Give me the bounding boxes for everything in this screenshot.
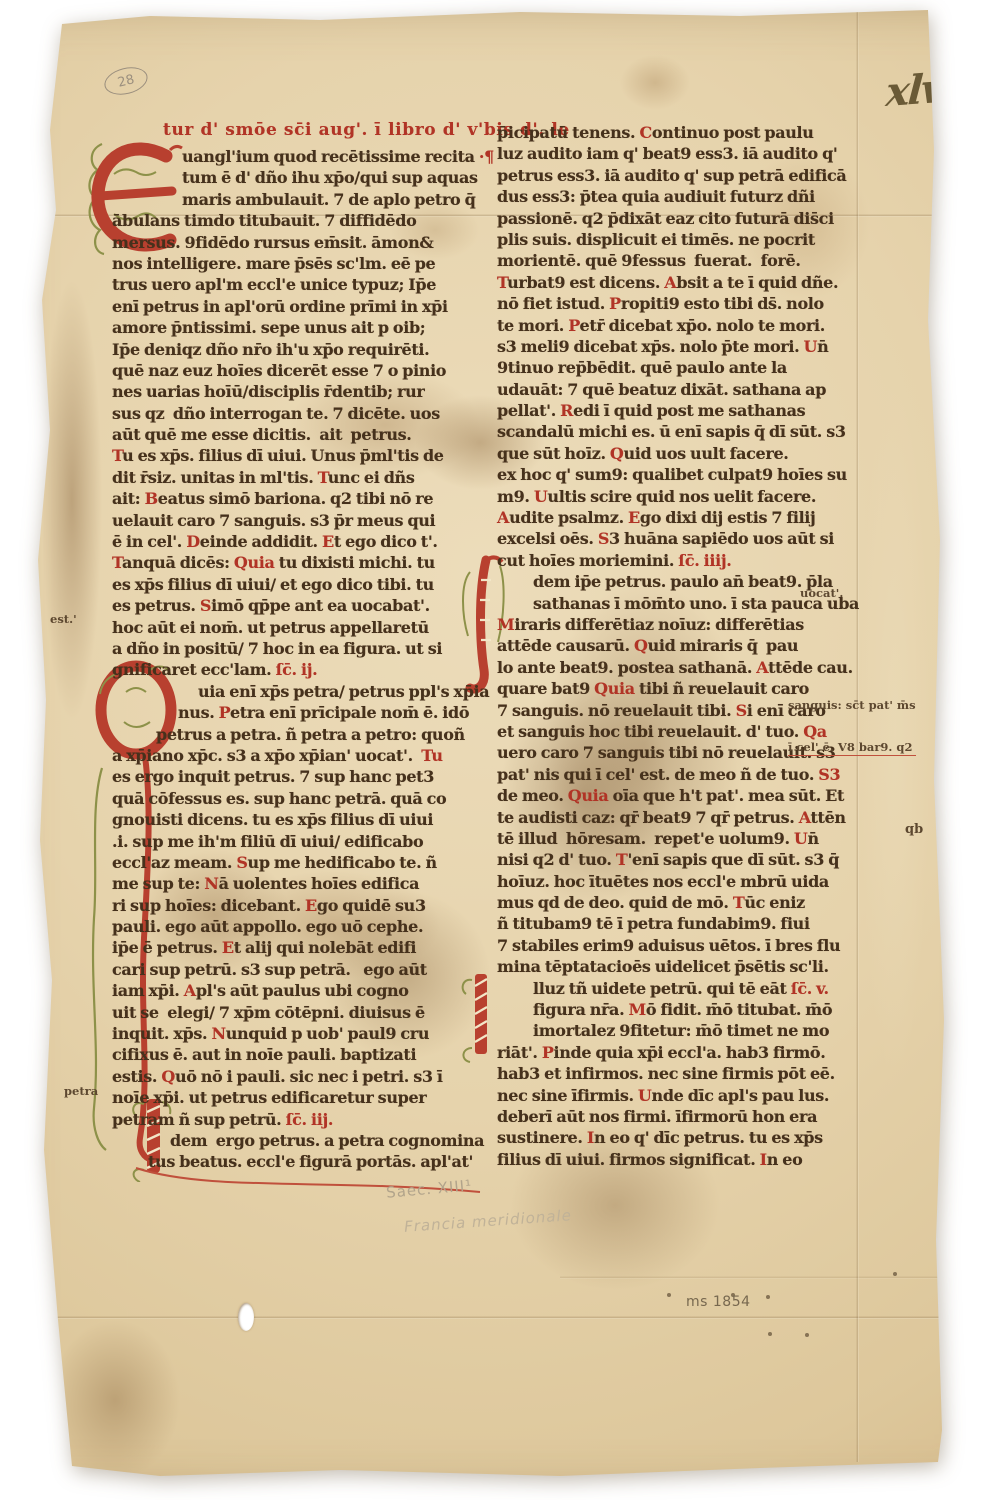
text-line: imortalez 9fitetur: m̄ō timet ne mo [497,1020,893,1041]
text-line: gnouisti dicens. tu es xp̄s filius dī ui… [112,809,488,830]
text-line: ri sup hoīes: dicebant. Ego quidē su3 [112,895,488,916]
text-line: lluz tñ uidete petrū. qui tē eāt ſc̄. v. [497,978,893,999]
text-line: a dño in positū/ 7 hoc in ea figura. ut … [112,638,488,659]
text-line: figura nr̄a. Mō fidit. m̄ō titubat. m̄ō [497,999,893,1020]
text-line: mus qd de deo. quid de mō. Tūc eniz [497,892,893,913]
text-line: Miraris differētiaz noīuz: differētias [497,614,893,635]
text-line: 9tinuo rep̄bēdit. quē paulo ante la [497,357,893,378]
text-line: que sūt hoīz. Quid uos uult facere. [497,443,893,464]
text-line: hab3 et infirmos. nec sine firmis pōt eē… [497,1063,893,1084]
horizontal-crease [560,1276,940,1279]
text-line: te mori. Petr̄ dicebat xp̄o. nolo te mor… [497,315,893,336]
text-line: attēde causarū. Quid miraris q̄ pau [497,635,893,656]
folio-number: xlvij [884,63,969,116]
text-line: nec sine īfirmis. Unde dīc apl's pau lus… [497,1085,893,1106]
text-line: hoīuz. hoc ītuētes nos eccl'e mbrū uida [497,871,893,892]
text-line: quē naz euz hoīes dicerēt esse 7 o pinio [112,360,488,381]
text-line: tē illud hōresam. repet'e uolum9. Un̄ [497,828,893,849]
text-column-left: uangl'ium quod recētissime recita ·¶tum … [112,146,488,1173]
text-line: me sup te: Nā uolentes hoīes edifica [112,873,488,894]
text-line: tus beatus. eccl'e figurā portās. apl'at… [112,1151,488,1172]
text-line: sus qz dño interrogan te. 7 dicēte. uos [112,403,488,424]
text-line: ait: Beatus simō bariona. q2 tibi nō re [112,488,488,509]
text-line: nō fiet istud. Propiti9 esto tibi ds̄. n… [497,293,893,314]
text-line: ābulans timdo titubauit. 7 diffidēdo [112,210,488,231]
text-line: filius dī uiui. firmos significat. In eo [497,1149,893,1170]
text-line: dem ergo petrus. a petra cognomina [112,1130,488,1151]
text-line: .i. sup me ih'm filiū dī uiui/ edificabo [112,831,488,852]
text-line: udauāt: 7 quē beatuz dixāt. sathana ap [497,379,893,400]
text-line: riāt'. Pinde quia xp̄i eccl'a. hab3 firm… [497,1042,893,1063]
text-line: es ergo inquit petrus. 7 sup hanc pet3 [112,766,488,787]
text-line: es xp̄s filius dī uiui/ et ego dico tibi… [112,574,488,595]
text-line: hoc aūt ei nom̄. ut petrus appellaretū [112,617,488,638]
marginal-note-line2: ī cel' ē. V8 bar9. q2 [788,740,916,756]
text-line: estis. Quō nō i pauli. sic nec i petri. … [112,1066,488,1087]
text-line: Audite psalmz. Ego dixi dij estis 7 fili… [497,507,893,528]
marginal-note-sanguis: sanguis: sc̄t pat' m̄s ī cel' ē. V8 bar9… [788,670,916,784]
text-line: 7 stabiles erim9 aduisus uētos. ī bres f… [497,935,893,956]
text-line: passionē. q2 p̄dixāt eaz cito futurā dis… [497,208,893,229]
wormhole [667,1293,671,1297]
marginal-note-petra: petra [64,1084,98,1098]
text-line: p̄icipatū tenens. Continuo post paulu [497,122,893,143]
text-line: ē in cel'. Deinde addidit. Et ego dico t… [112,531,488,552]
text-line: cifixus ē. aut in noīe pauli. baptizati [112,1044,488,1065]
stain [42,280,102,720]
text-line: cari sup petrū. s3 sup petrā. ego aūt [112,959,488,980]
text-line: ex hoc q' sum9: qualibet culpat9 hoīes s… [497,464,893,485]
text-line: petram ñ sup petrū. ſc̄. iij. [112,1109,488,1130]
text-line: eccl'az meam. Sup me hedificabo te. ñ [112,852,488,873]
wormhole [805,1333,809,1337]
parchment-hole [238,1303,254,1331]
text-line: nes uarias hoīū/disciplis r̄dentib; rur [112,381,488,402]
text-line: de meo. Quia oīa que h't pat'. mea sūt. … [497,785,893,806]
text-line: uelauit caro 7 sanguis. s3 p̄r meus qui [112,510,488,531]
text-line: trus uero apl'm eccl'e unice typuz; Ip̄e [112,274,488,295]
pencil-shelfmark: ms 1854 [686,1294,751,1310]
text-line: scandalū michi es. ū enī sapis q̄ dī sūt… [497,421,893,442]
text-line: a xp̄iano xp̄c. s3 a xp̄o xp̄ian' uocat'… [112,745,488,766]
text-line: tum ē d' dño ihu xp̄o/qui sup aquas [112,167,488,188]
pencil-collection-number: 28 [102,63,151,99]
text-line: sustinere. In eo q' dīc petrus. tu es xp… [497,1127,893,1148]
text-line: morientē. quē 9fessus fuerat. forē. [497,250,893,271]
text-line: noīe xp̄i. ut petrus edificaretur super [112,1087,488,1108]
marginal-note-est: est.' [50,612,77,626]
manuscript-leaf: 28 xlvij tur d' smōe sc̄i aug'. ī libro … [0,0,1000,1500]
text-line: petrus a petra. ñ petra a petro: quoñ [112,724,488,745]
stain [50,1320,180,1480]
text-line: excelsi oēs. S3 huāna sapiēdo uos aūt si [497,528,893,549]
stain [620,55,690,110]
text-line: mina tēptatacioēs uidelicet p̄sētis sc'l… [497,956,893,977]
text-line: Tu es xp̄s. filius dī uiui. Unus p̄ml'ti… [112,445,488,466]
marginal-note-qb: qb [905,822,923,837]
text-line: iam xp̄i. Apl's aūt paulus ubi cogno [112,980,488,1001]
wormhole [768,1332,772,1336]
text-line: ñ titubam9 tē ī petra fundabim9. fiui [497,913,893,934]
wormhole [766,1295,770,1299]
text-line: quā cōfessus es. sup hanc petrā. quā co [112,788,488,809]
text-line: deberī aūt nos firmi. īfirmorū hon era [497,1106,893,1127]
text-line: enī petrus in apl'orū ordine prīmi in xp… [112,296,488,317]
text-line: pauli. ego aūt appollo. ego uō cephe. [112,916,488,937]
text-line: Tanquā dicēs: Quia tu dixisti michi. tu [112,552,488,573]
text-line: es petrus. Simō qp̄pe ant ea uocabat'. [112,595,488,616]
marginal-note-line1: sanguis: sc̄t pat' m̄s [788,698,916,712]
text-column-right: p̄icipatū tenens. Continuo post paululuz… [497,122,893,1170]
text-line: aūt quē me esse dicitis. ait petrus. [112,424,488,445]
text-line: petrus ess3. iā audito q' sup petrā edif… [497,165,893,186]
text-line: nus. Petra enī prīcipale nom̄ ē. idō [112,702,488,723]
text-line: uit se elegi/ 7 xp̄m cōtēpni. diuisus ē [112,1002,488,1023]
text-line: Ip̄e deniqz dño nr̄o ih'u xp̄o requirēti… [112,339,488,360]
horizontal-crease [44,1316,940,1319]
text-line: s3 meli9 dicebat xp̄s. nolo p̄te mori. U… [497,336,893,357]
text-line: uangl'ium quod recētissime recita ·¶ [112,146,488,167]
text-line: inquit. xp̄s. Nunquid p uob' paul9 cru [112,1023,488,1044]
text-line: dus ess3: p̄tea quia audiuit futurz dñi [497,186,893,207]
text-line: gnificaret ecc'lam. ſc̄. ij. [112,659,488,680]
wormhole [893,1272,897,1276]
text-line: pellat'. Redi ī quid post me sathanas [497,400,893,421]
text-line: te audisti caz: qr̄ beat9 7 qr̄ petrus. … [497,807,893,828]
text-line: Turbat9 est dicens. Absit a te ī quid dñ… [497,272,893,293]
text-line: m9. Uultis scire quid nos uelit facere. [497,486,893,507]
text-line: luz audito iam q' beat9 ess3. iā audito … [497,143,893,164]
text-line: nos intelligere. mare p̄sēs sc'lm. eē pe [112,253,488,274]
text-line: amore p̄ntissimi. sepe unus ait p oib; [112,317,488,338]
text-line: uia enī xp̄s petra/ petrus ppl's xp̄ia [112,681,488,702]
text-line: dit r̄siz. unitas in ml'tis. Tunc ei dñs [112,467,488,488]
marginal-note-uocat: uocat'. [800,586,843,600]
text-line: nisi q2 d' tuo. T'enī sapis que dī sūt. … [497,849,893,870]
text-line: ip̄e ē petrus. Et alij qui nolebāt edifi [112,937,488,958]
text-line: maris ambulauit. 7 de aplo petro q̄ [112,189,488,210]
photograph-background: 28 xlvij tur d' smōe sc̄i aug'. ī libro … [0,0,1000,1500]
text-line: cut hoīes moriemini. ſc̄. iiij. [497,550,893,571]
text-line: mersus. 9fidēdo rursus em̄sit. āmon& [112,232,488,253]
collection-number-text: 28 [116,72,136,91]
text-line: plis suis. displicuit ei timēs. ne pocri… [497,229,893,250]
